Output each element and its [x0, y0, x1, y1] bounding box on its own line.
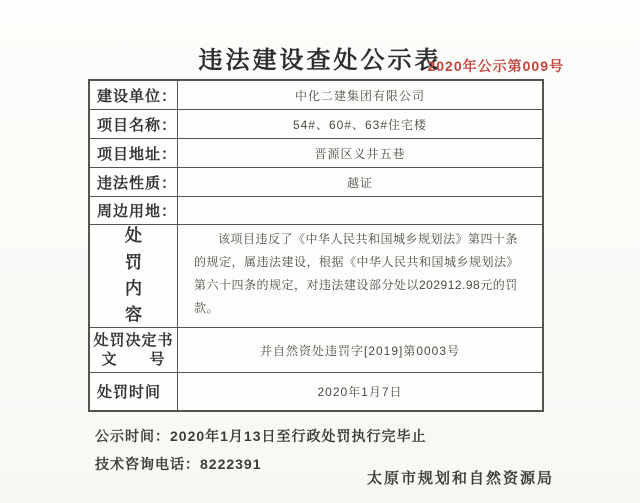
row-value: 晋源区义井五巷: [178, 139, 542, 167]
row-value: [178, 197, 542, 224]
row-value: 越证: [178, 168, 542, 196]
table-row-penalty-content: 处罚内容 该项目违反了《中华人民共和国城乡规划法》第四十条的规定，属违法建设，根…: [90, 225, 542, 328]
table-row-project-address: 项目地址： 晋源区义井五巷: [90, 139, 542, 168]
row-value: 2020年1月7日: [178, 373, 542, 410]
consultation-phone-line: 技术咨询电话：8222391: [95, 454, 262, 474]
row-label: 项目地址：: [90, 139, 178, 167]
row-value: 54#、60#、63#住宅楼: [178, 110, 542, 138]
row-value: 并自然资处违罚字[2019]第0003号: [178, 328, 542, 372]
table-row-violation-nature: 违法性质： 越证: [90, 168, 542, 197]
penalty-paragraph: 该项目违反了《中华人民共和国城乡规划法》第四十条的规定，属违法建设，根据《中华人…: [194, 228, 526, 319]
scanned-notice-page: 违法建设查处公示表 2020年公示第009号 建设单位： 中化二建集团有限公司 …: [0, 0, 640, 503]
row-label: 周边用地：: [90, 197, 178, 224]
publicity-time-line: 公示时间：2020年1月13日至行政处罚执行完毕止: [95, 426, 427, 446]
decision-label-line2: 文 号: [90, 350, 177, 370]
notice-table: 建设单位： 中化二建集团有限公司 项目名称： 54#、60#、63#住宅楼 项目…: [88, 79, 544, 412]
table-row-surrounding-land: 周边用地：: [90, 197, 542, 225]
row-label: 处罚时间: [90, 373, 178, 410]
row-label: 处罚决定书 文 号: [90, 328, 178, 372]
table-row-construction-unit: 建设单位： 中化二建集团有限公司: [90, 81, 542, 110]
row-label: 建设单位：: [90, 81, 178, 109]
row-value: 中化二建集团有限公司: [178, 81, 542, 109]
row-label: 违法性质：: [90, 168, 178, 196]
decision-label-line1: 处罚决定书: [90, 331, 177, 351]
row-label-vertical: 处罚内容: [90, 225, 178, 327]
table-row-project-name: 项目名称： 54#、60#、63#住宅楼: [90, 110, 542, 139]
table-row-decision-number: 处罚决定书 文 号 并自然资处违罚字[2019]第0003号: [90, 328, 542, 373]
row-label: 项目名称：: [90, 110, 178, 138]
penalty-label-text: 处罚内容: [124, 223, 143, 328]
penalty-text: 该项目违反了《中华人民共和国城乡规划法》第四十条的规定，属违法建设，根据《中华人…: [178, 225, 542, 327]
table-row-penalty-time: 处罚时间 2020年1月7日: [90, 373, 542, 410]
notice-number: 2020年公示第009号: [427, 56, 564, 76]
issuing-agency: 太原市规划和自然资源局: [367, 467, 554, 488]
